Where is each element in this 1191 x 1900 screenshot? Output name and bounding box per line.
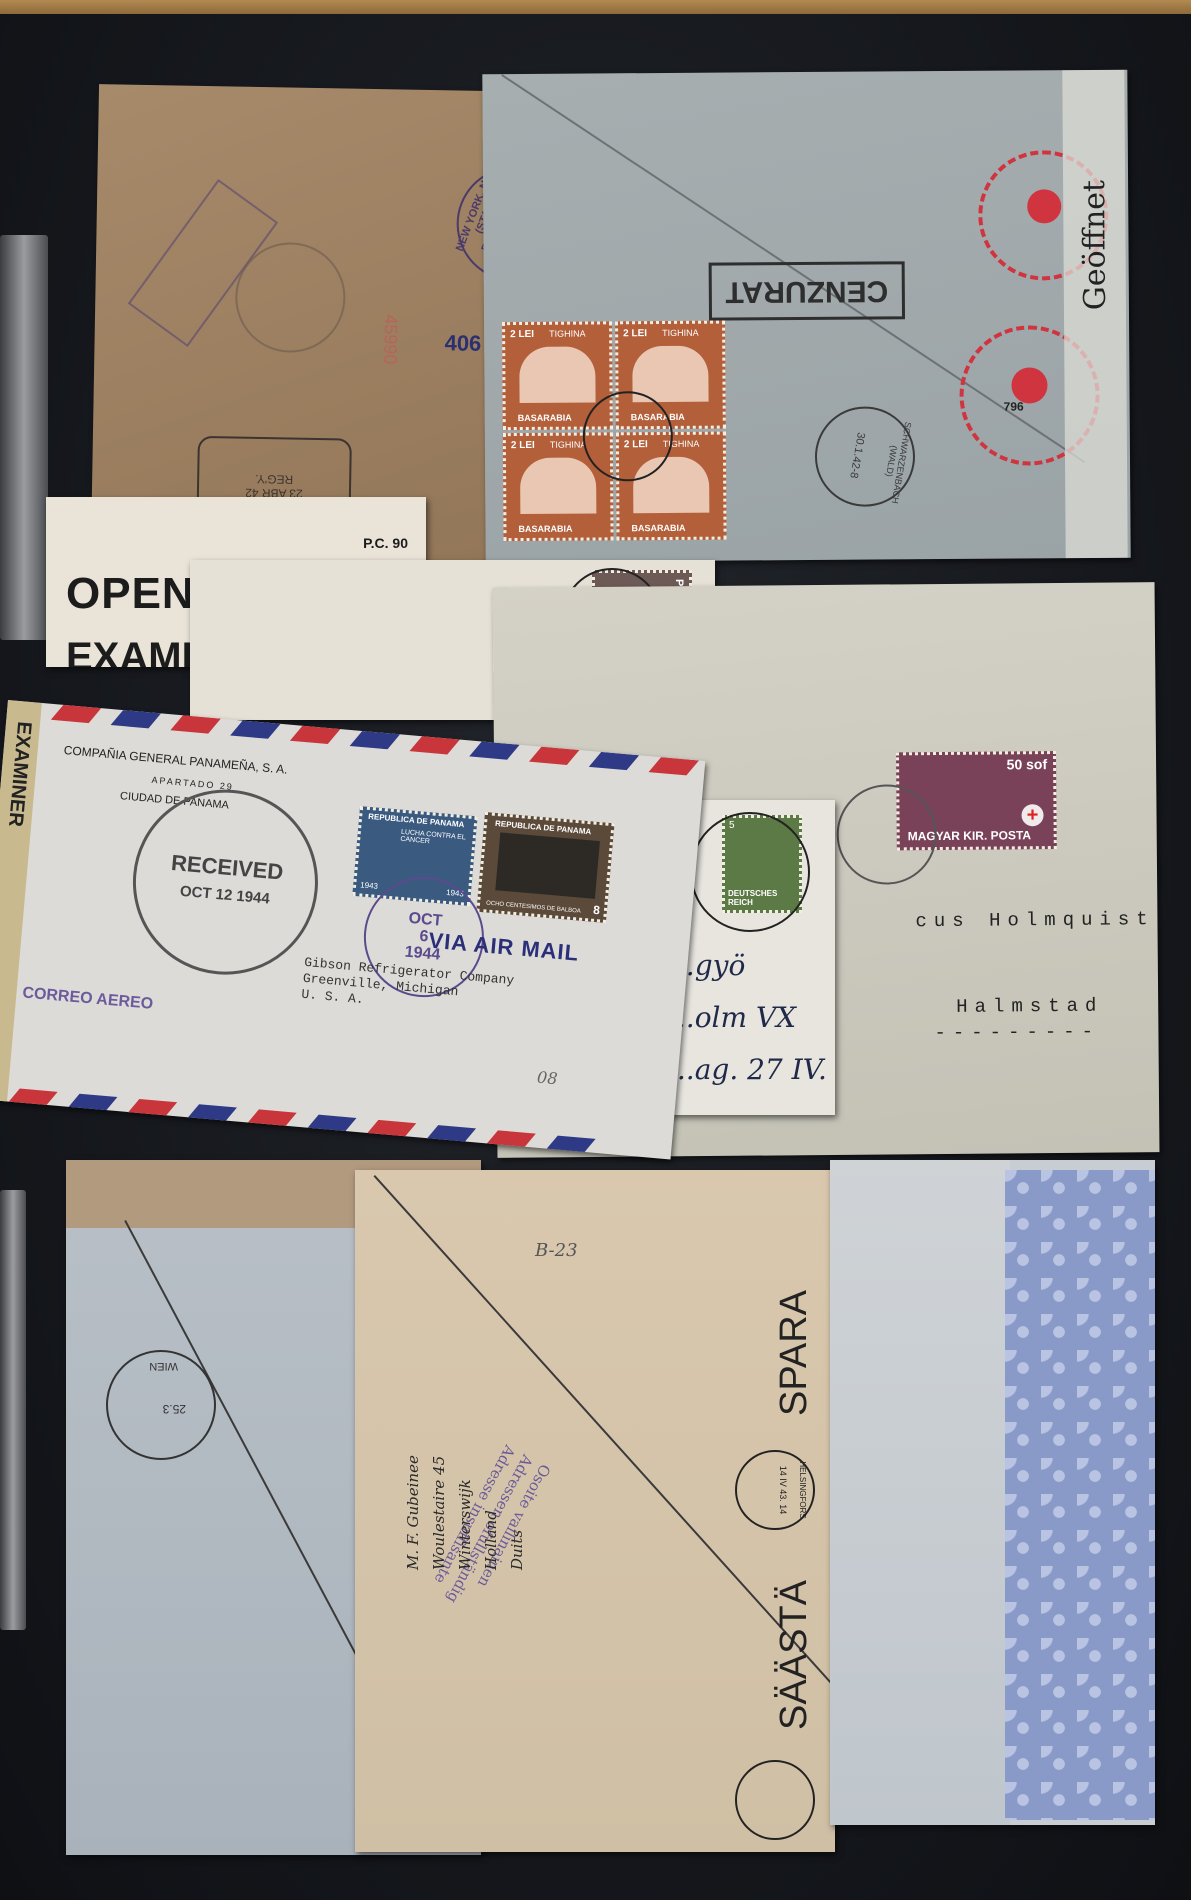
censor-number: 796 xyxy=(1004,399,1024,413)
pencil-note-b23: B-23 xyxy=(535,1240,578,1261)
handwriting-line: ...gyö xyxy=(668,940,827,992)
address-city: Halmstad xyxy=(956,995,1103,1018)
examiner-tape: EXAMINER xyxy=(0,700,42,1101)
address-underline: --------- xyxy=(934,1021,1100,1044)
stamp-top: TIGHINA xyxy=(662,328,699,338)
stamp-value: 8 xyxy=(593,903,601,918)
stamp-subtitle: LUCHA CONTRA EL CANCER xyxy=(400,829,473,849)
slogan-saasta: SÄÄSTÄ xyxy=(773,1580,816,1730)
postmark-name: HELSINGFORS xyxy=(798,1452,807,1528)
red-cross-icon: + xyxy=(1021,804,1043,826)
stamp-value: 2 LEI xyxy=(511,440,535,451)
censor-hex-bottom: REG'Y. xyxy=(199,471,349,488)
stamp-bottom: BASARABIA xyxy=(518,524,572,534)
company-name: COMPAÑIA GENERAL PANAMEÑA, S. A. xyxy=(63,743,288,777)
handwriting-line: Woulestaire 45 xyxy=(426,1455,452,1570)
postmark-schwarzenbach: SCHWARZENBACH (WALD) 30.1.42-8 xyxy=(807,399,922,514)
postmark-name: WIEN xyxy=(149,1360,178,1372)
stamp-bottom: BASARABIA xyxy=(631,523,685,533)
stamp-block-romania: 2 LEI TIGHINA BASARABIA 2 LEI TIGHINA BA… xyxy=(502,321,729,543)
handwriting-line: Duits xyxy=(504,1455,530,1570)
postmark-date: 25.3 xyxy=(163,1402,186,1416)
handwriting-line: Winterswijk xyxy=(452,1455,478,1570)
envelope-finland: B-23 SPARA SÄÄSTÄ HELSINGFORS 14 IV 43. … xyxy=(355,1170,835,1852)
postmark-hungary xyxy=(836,784,937,885)
postmark-date: 14 IV 43. 14 xyxy=(778,1452,788,1528)
stamp-title: REPUBLICA DE PANAMA xyxy=(368,812,465,829)
censor-box-cenzurat: CENZURAT xyxy=(709,261,905,320)
postmark-frankenberg xyxy=(690,812,810,932)
postmark-romania xyxy=(583,391,674,482)
handwriting-line: ...olm VX xyxy=(668,992,827,1044)
handwriting-line: ...ag. 27 IV. xyxy=(668,1044,827,1096)
plain-panel xyxy=(830,1160,1010,1825)
castle-image xyxy=(520,457,596,514)
censor-box-text: CENZURAT xyxy=(725,274,888,308)
stamp-top: TIGHINA xyxy=(549,329,586,339)
eagle-emblem xyxy=(1027,189,1061,223)
censor-code: P.C. 90 xyxy=(363,535,408,551)
examiner-text: EXAMINER xyxy=(3,720,35,827)
magnifier-tool xyxy=(0,235,48,640)
censor-tape: Geöffnet xyxy=(1062,70,1127,558)
castle-image xyxy=(519,346,595,403)
received-date: OCT 12 1944 xyxy=(159,881,290,909)
eagle-emblem xyxy=(1011,367,1047,403)
postmark-date: 30.1.42-8 xyxy=(843,407,871,504)
stamp-bottom: OCHO CENTESIMOS DE BALBOA xyxy=(486,900,581,914)
stamp-value: 2 LEI xyxy=(623,328,647,339)
stamp-value: 2 LEI xyxy=(510,329,534,340)
postmark-faint xyxy=(234,242,346,354)
slogan-spara: SPARA xyxy=(773,1290,816,1416)
postmark-name: SCHWARZENBACH (WALD) xyxy=(879,413,915,511)
handwriting-line: M. F. Gubeinee xyxy=(400,1455,426,1570)
received-text: RECEIVED xyxy=(166,850,288,886)
stamp-value: 50 sof xyxy=(1007,756,1048,772)
envelope-panama-airmail: EXAMINER COMPAÑIA GENERAL PANAMEÑA, S. A… xyxy=(0,700,705,1159)
postmark-helsingfors: HELSINGFORS 14 IV 43. 14 xyxy=(735,1450,815,1530)
handwriting-line: Holland xyxy=(478,1455,504,1570)
envelope-blue-patterned xyxy=(830,1160,1155,1825)
pencil-note: 08 xyxy=(536,1068,558,1089)
geoffnet-label: Geöffnet xyxy=(1077,180,1113,310)
correo-aereo: CORREO AEREO xyxy=(22,984,154,1013)
stamp-bottom: BASARABIA xyxy=(518,413,572,423)
frame-edge xyxy=(0,0,1191,14)
red-number: 45990 xyxy=(379,314,401,364)
stamp-year: 1943 xyxy=(360,880,379,891)
received-clock-stamp: RECEIVED OCT 12 1944 xyxy=(125,782,325,982)
tongs-tool xyxy=(0,1190,26,1630)
stamp-image xyxy=(495,832,600,898)
registry-number: 406 xyxy=(444,330,481,357)
postmark-wien: 25.3 WIEN xyxy=(106,1350,216,1460)
stamp-top: TIGHINA xyxy=(550,440,587,450)
blue-pattern-liner xyxy=(1005,1170,1155,1820)
address-name: cus Holmquist xyxy=(915,908,1154,932)
postmark-helsingfors xyxy=(735,1760,815,1840)
stamp-panama-balboa: REPUBLICA DE PANAMA OCHO CENTESIMOS DE B… xyxy=(476,812,614,923)
envelope-romania: CENZURAT 2 LEI TIGHINA BASARABIA 2 LEI T… xyxy=(482,70,1130,562)
